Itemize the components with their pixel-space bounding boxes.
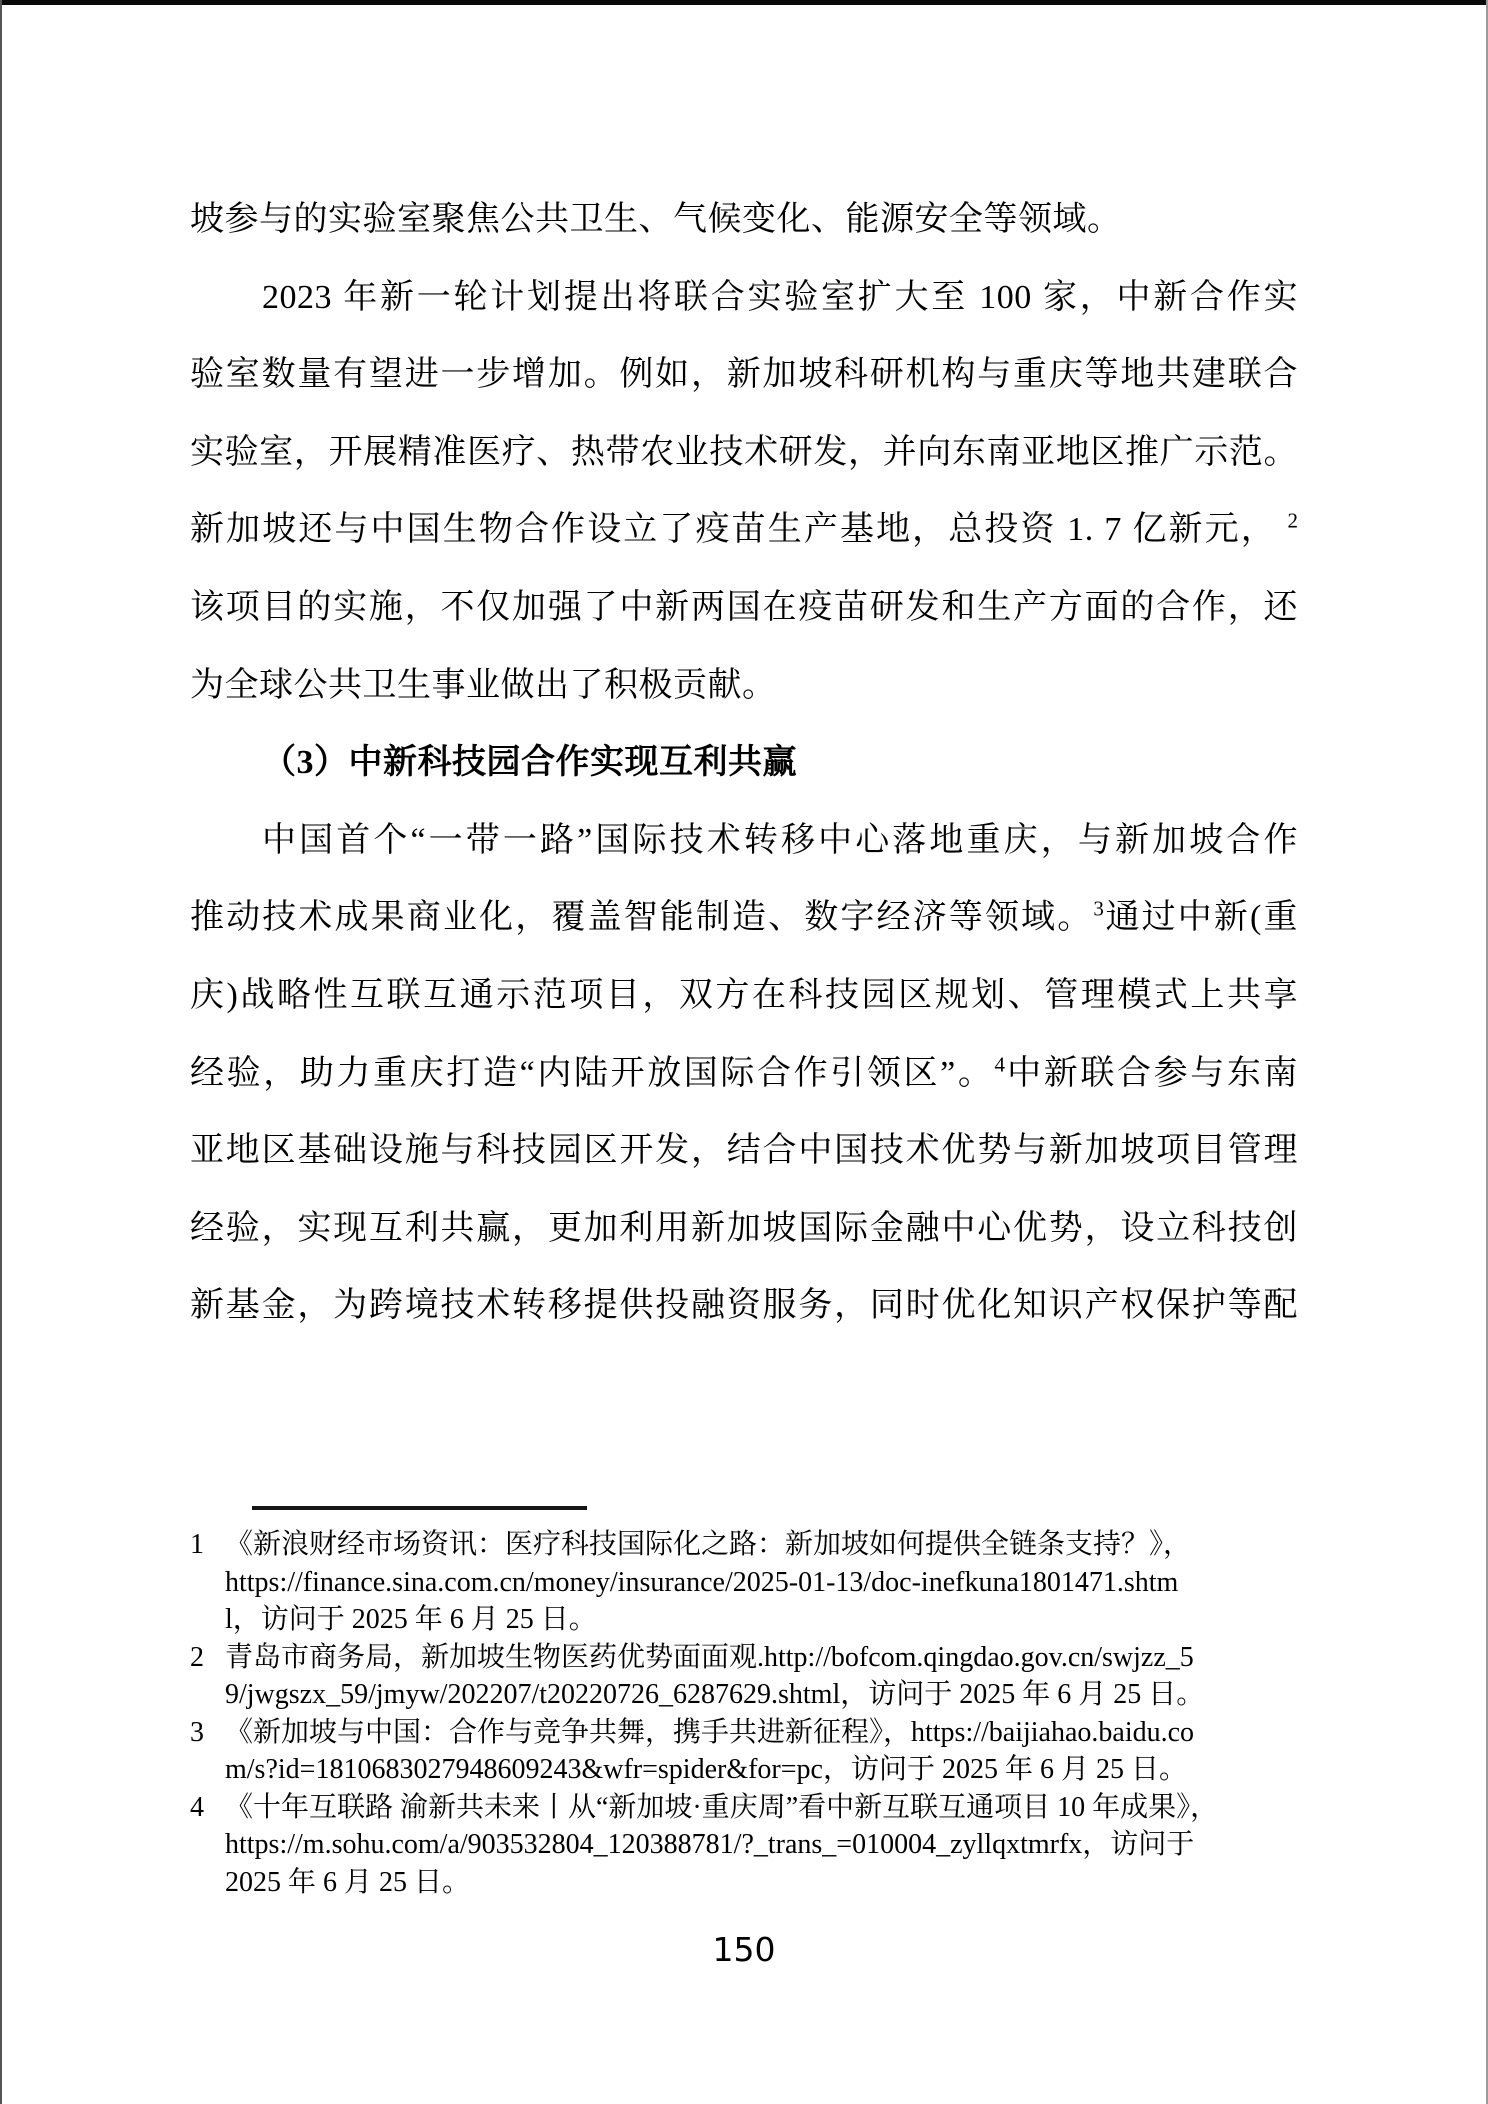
footnote-text: 青岛市商务局，新加坡生物医药优势面面观.http://bofcom.qingda…	[225, 1642, 1194, 1673]
footnote-text: 《新浪财经市场资讯：医疗科技国际化之路：新加坡如何提供全链条支持？》，	[225, 1529, 1191, 1560]
body-line-text: 新加坡还与中国生物合作设立了疫苗生产基地，总投资 1. 7 亿新元，	[190, 511, 1288, 548]
footnote-text: l，访问于 2025 年 6 月 25 日。	[225, 1604, 597, 1635]
footnote-text: https://m.sohu.com/a/903532804_120388781…	[225, 1829, 1194, 1860]
footnote-line: 9/jwgszx_59/jmyw/202207/t20220726_628762…	[190, 1676, 1300, 1714]
page-border-top	[0, 0, 1488, 5]
footnote-number: 1	[190, 1526, 225, 1564]
footnote-number: 3	[190, 1714, 225, 1752]
body-line: 验室数量有望进一步增加。例如，新加坡科研机构与重庆等地共建联合	[190, 336, 1298, 414]
body-line-text: 中新联合参与东南	[1005, 1055, 1298, 1092]
footnote-line: m/s?id=1810683027948609243&wfr=spider&fo…	[190, 1751, 1300, 1789]
body-line: 经验，助力重庆打造“内陆开放国际合作引领区”。4中新联合参与东南	[190, 1035, 1298, 1113]
body-line: 庆)战略性互联互通示范项目，双方在科技园区规划、管理模式上共享	[190, 957, 1298, 1035]
section-heading: （3）中新科技园合作实现互利共赢	[190, 724, 1298, 802]
body-line: 中国首个“一带一路”国际技术转移中心落地重庆，与新加坡合作	[190, 802, 1298, 880]
footnote-number: 2	[190, 1639, 225, 1677]
footnote-text: https://finance.sina.com.cn/money/insura…	[225, 1567, 1178, 1598]
body-line-text: 通过中新(重	[1104, 899, 1298, 936]
footnote-line: 1《新浪财经市场资讯：医疗科技国际化之路：新加坡如何提供全链条支持？》，	[190, 1526, 1300, 1564]
body-line: 实验室，开展精准医疗、热带农业技术研发，并向东南亚地区推广示范。1	[190, 414, 1298, 492]
body-line: 经验，实现互利共赢，更加利用新加坡国际金融中心优势，设立科技创	[190, 1190, 1298, 1268]
footnote-text: 2025 年 6 月 25 日。	[225, 1867, 470, 1898]
footnote-line: 3《新加坡与中国：合作与竞争共舞，携手共进新征程》，https://baijia…	[190, 1714, 1300, 1752]
body-line-text: 推动技术成果商业化，覆盖智能制造、数字经济等领域。	[190, 899, 1093, 936]
page-number: 150	[0, 1930, 1488, 1970]
body-line: 亚地区基础设施与科技园区开发，结合中国技术优势与新加坡项目管理	[190, 1112, 1298, 1190]
footnote-ref: 2	[1288, 509, 1299, 533]
page-border-left	[0, 0, 2, 2104]
body-line: 新基金，为跨境技术转移提供投融资服务，同时优化知识产权保护等配	[190, 1267, 1298, 1345]
footnote-line: 2025 年 6 月 25 日。	[190, 1864, 1300, 1902]
body-line: 2023 年新一轮计划提出将联合实验室扩大至 100 家，中新合作实	[190, 259, 1298, 337]
footnote-text: 《十年互联路 渝新共未来丨从“新加坡·重庆周”看中新互联互通项目 10 年成果》…	[225, 1792, 1218, 1823]
body-line: 新加坡还与中国生物合作设立了疫苗生产基地，总投资 1. 7 亿新元， 2	[190, 491, 1298, 569]
footnote-line: 4《十年互联路 渝新共未来丨从“新加坡·重庆周”看中新互联互通项目 10 年成果…	[190, 1789, 1300, 1827]
footnote-ref: 3	[1093, 897, 1104, 921]
footnote-line: https://finance.sina.com.cn/money/insura…	[190, 1564, 1300, 1602]
body-line: 为全球公共卫生事业做出了积极贡献。	[190, 647, 1298, 725]
footnote-ref: 4	[995, 1052, 1006, 1076]
footnote-text: 《新加坡与中国：合作与竞争共舞，携手共进新征程》，https://baijiah…	[225, 1717, 1194, 1748]
footnote-separator	[252, 1506, 587, 1510]
body-line-text: 实验室，开展精准医疗、热带农业技术研发，并向东南亚地区推广示范。	[190, 434, 1298, 471]
body-line: 推动技术成果商业化，覆盖智能制造、数字经济等领域。3通过中新(重	[190, 879, 1298, 957]
body-line-text: 经验，助力重庆打造“内陆开放国际合作引领区”。	[190, 1055, 995, 1092]
footnote-number: 4	[190, 1789, 225, 1827]
footnote-text: 9/jwgszx_59/jmyw/202207/t20220726_628762…	[225, 1679, 1204, 1710]
footnote-text: m/s?id=1810683027948609243&wfr=spider&fo…	[225, 1754, 1187, 1785]
footnote-line: l，访问于 2025 年 6 月 25 日。	[190, 1601, 1300, 1639]
document-page: 坡参与的实验室聚焦公共卫生、气候变化、能源安全等领域。2023 年新一轮计划提出…	[0, 0, 1488, 2104]
footnote-line: https://m.sohu.com/a/903532804_120388781…	[190, 1826, 1300, 1864]
body-line: 该项目的实施，不仅加强了中新两国在疫苗研发和生产方面的合作，还	[190, 569, 1298, 647]
body-line: 坡参与的实验室聚焦公共卫生、气候变化、能源安全等领域。	[190, 181, 1298, 259]
footnote-line: 2青岛市商务局，新加坡生物医药优势面面观.http://bofcom.qingd…	[190, 1639, 1300, 1677]
